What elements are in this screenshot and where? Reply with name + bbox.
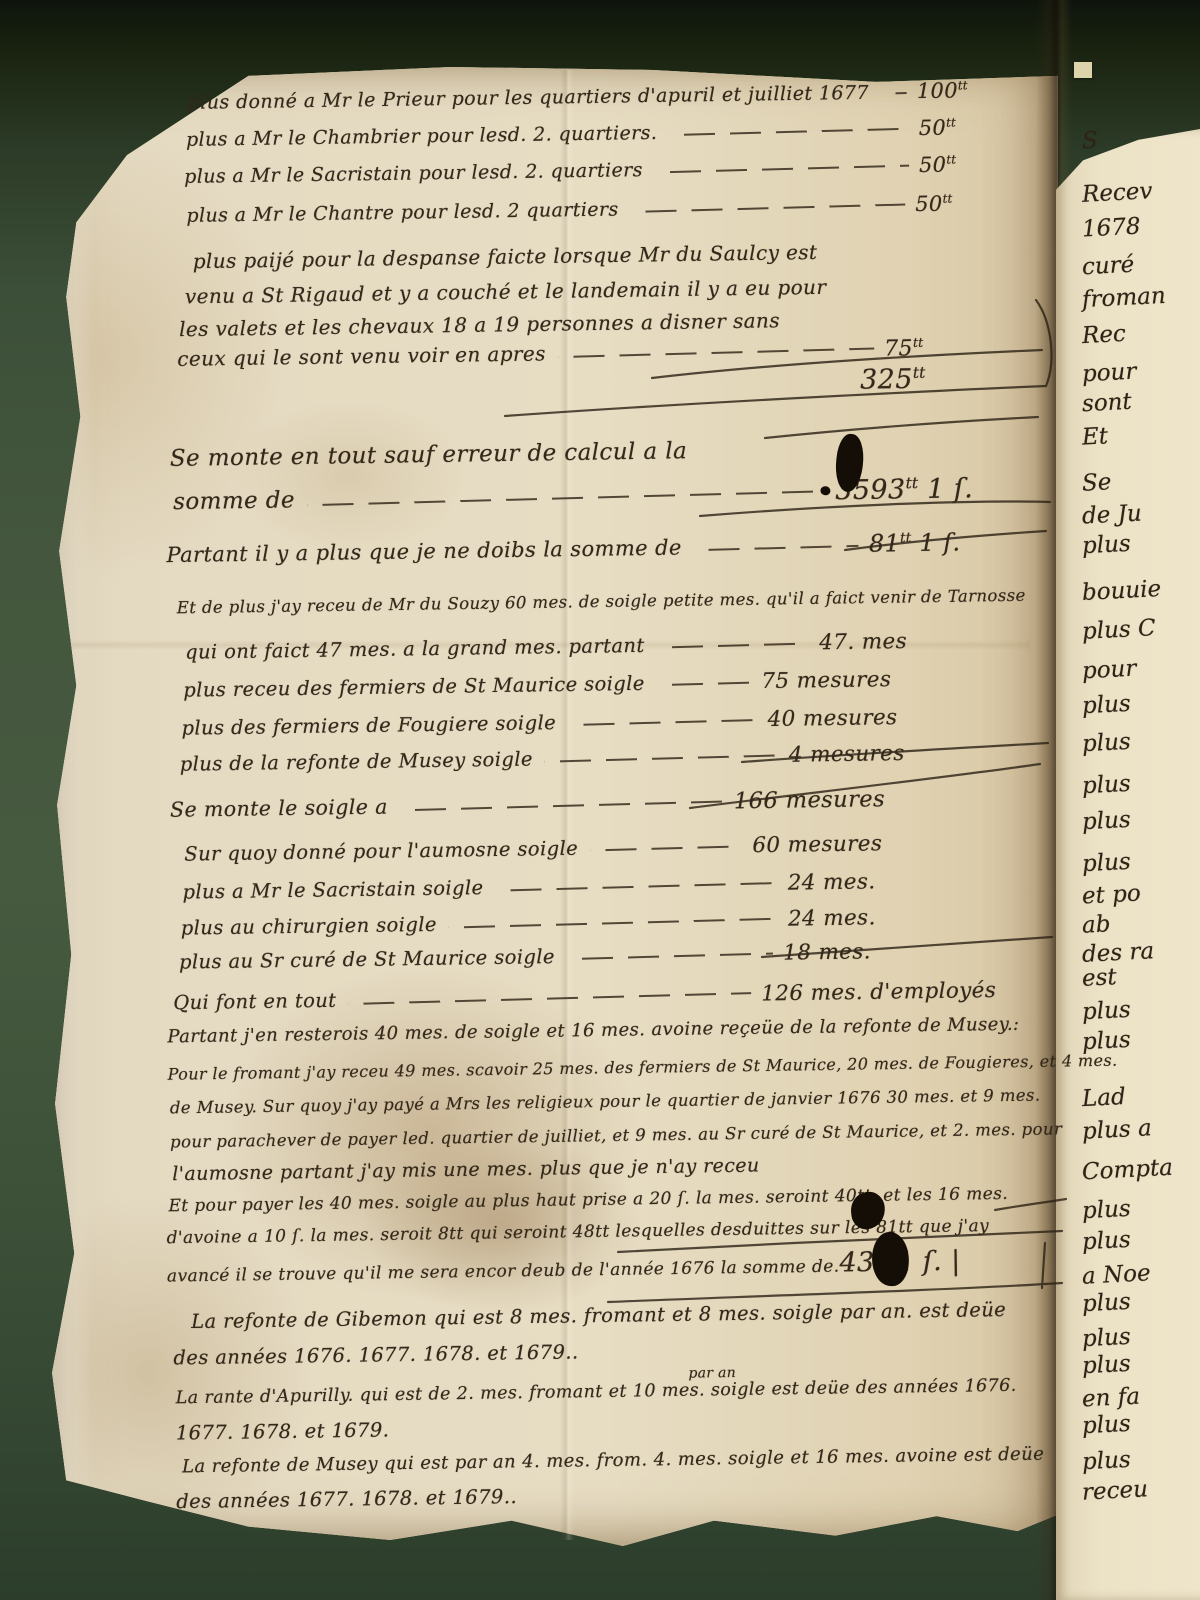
amount-value: 47. xyxy=(819,630,855,656)
amount-value: 75 xyxy=(884,336,913,361)
line-text: 1677. 1678. et 1679. xyxy=(176,1418,390,1444)
amount-value: 24 xyxy=(788,906,816,931)
amount-value: 50 xyxy=(919,153,947,177)
facing-page-text-fragment: Compta xyxy=(1081,1155,1173,1186)
amount: 325tt xyxy=(860,363,926,396)
facing-page-text-fragment: plus xyxy=(1081,729,1131,758)
facing-page-text-fragment: Rec xyxy=(1081,321,1126,349)
line-text: pour parachever de payer led. quartier d… xyxy=(170,1119,1062,1151)
line-text: des années 1677. 1678. et 1679.. xyxy=(176,1485,517,1513)
line-text: qui ont faict 47 mes. a la grand mes. pa… xyxy=(185,634,645,664)
facing-page-text-fragment: plus xyxy=(1081,1196,1131,1225)
manuscript-line: plus au chirurgien soigle24 mes. xyxy=(181,905,876,940)
line-text: Qui font en tout xyxy=(173,989,337,1014)
line-text: venu a St Rigaud et y a couché et le lan… xyxy=(185,275,827,309)
facing-page-text-fragment: curé xyxy=(1081,252,1135,281)
livre-unit: tt xyxy=(946,152,956,166)
amount: 166 mesures xyxy=(734,786,885,814)
facing-page-text-fragment: Et xyxy=(1081,423,1108,450)
dash-leader xyxy=(567,946,774,965)
line-text: Partant il y a plus que je ne doibs la s… xyxy=(166,535,682,567)
manuscript-line: plus donné a Mr le Prieur pour les quart… xyxy=(188,78,958,113)
amount-tail: mesures xyxy=(803,741,905,768)
manuscript-line: plus a Mr le Sacristain soigle24 mes. xyxy=(182,869,875,904)
manuscript-line: Qui font en tout126 mes. d'employés xyxy=(173,978,996,1015)
facing-page-text-fragment: 1678 xyxy=(1081,213,1141,242)
facing-page-text-fragment: Se xyxy=(1081,469,1112,497)
amount-tail: mesures xyxy=(789,667,891,694)
line-text: plus receu des fermiers de St Maurice so… xyxy=(183,672,645,702)
line-text: des années 1676. 1677. 1678. et 1679.. xyxy=(173,1340,578,1369)
livre-unit: tt xyxy=(958,78,968,92)
facing-page-text-fragment: de Ju xyxy=(1081,500,1142,529)
line-text: plus a Mr le Sacristain pour lesd. 2. qu… xyxy=(184,159,643,188)
facing-page-text-fragment: plus xyxy=(1081,1324,1131,1353)
amount-value: 100 xyxy=(917,78,958,103)
amount-value: 60 xyxy=(752,833,780,858)
amount: 4 mesures xyxy=(789,741,905,768)
manuscript-line: Se monte le soigle a166 mesures xyxy=(170,786,885,823)
line-text: Sur quoy donné pour l'aumosne soigle xyxy=(184,837,578,866)
facing-page-text-fragment: Lad xyxy=(1081,1084,1126,1112)
amount-value: 43 xyxy=(839,1247,875,1279)
facing-page-text-fragment: plus xyxy=(1081,1351,1131,1380)
dash-leader xyxy=(449,911,778,933)
manuscript-text-layer: plus donné a Mr le Prieur pour les quart… xyxy=(0,0,1200,1600)
line-text: plus de la refonte de Musey soigle xyxy=(180,747,533,775)
facing-page-text-fragment: sont xyxy=(1081,389,1132,418)
dash-leader xyxy=(545,747,779,766)
dash-leader xyxy=(568,712,758,730)
amount: 126 mes. d'employés xyxy=(761,978,996,1006)
livre-unit: tt xyxy=(913,336,923,351)
line-text: plus a Mr le Chambrier pour lesd. 2. qua… xyxy=(186,122,658,151)
line-text: Se monte le soigle a xyxy=(170,795,388,822)
amount-tail: mes. xyxy=(816,869,876,895)
line-text: La refonte de Gibemon qui est 8 mes. fro… xyxy=(191,1298,1006,1333)
dash-leader xyxy=(495,875,778,896)
amount-tail: mesures xyxy=(778,786,885,814)
line-text: somme de xyxy=(173,487,295,515)
line-text: plus des fermiers de Fougiere soigle xyxy=(181,711,556,740)
table-surface: plus donné a Mr le Prieur pour les quart… xyxy=(0,0,1200,1600)
amount: 47. mes xyxy=(819,629,907,655)
amount-tail: mes xyxy=(854,629,907,655)
manuscript-line: La refonte de Gibemon qui est 8 mes. fro… xyxy=(191,1298,1006,1333)
livre-unit: tt xyxy=(946,115,956,129)
facing-page-text-fragment: plus xyxy=(1081,1027,1131,1056)
facing-page-text-fragment: bouuie xyxy=(1081,576,1161,606)
amount: 81tt 1 ſ. xyxy=(869,528,961,557)
amount: 18 mes. xyxy=(783,939,871,965)
manuscript-line: La refonte de Musey qui est par an 4. me… xyxy=(182,1444,1044,1478)
facing-page-text-fragment: plus xyxy=(1081,1227,1131,1256)
manuscript-line: qui ont faict 47 mes. a la grand mes. pa… xyxy=(185,629,907,665)
facing-page-text-fragment: plus xyxy=(1081,1289,1131,1318)
amount: 50tt xyxy=(915,191,952,216)
livre-unit: tt xyxy=(905,473,918,492)
facing-page-text-fragment: plus C xyxy=(1081,615,1156,645)
facing-page-text-fragment: plus xyxy=(1081,849,1131,878)
line-text: ceux qui le sont venu voir en apres xyxy=(177,342,546,371)
manuscript-line: Sur quoy donné pour l'aumosne soigle60 m… xyxy=(184,831,882,866)
manuscript-line: plus de la refonte de Musey soigle4 mesu… xyxy=(180,741,905,777)
facing-page-text-fragment: en fa xyxy=(1081,1384,1140,1413)
amount-value: 325 xyxy=(860,364,913,396)
line-text: plus a Mr le Sacristain soigle xyxy=(182,876,483,903)
livre-unit: tt xyxy=(900,530,911,546)
dash-leader xyxy=(656,635,809,652)
dash-leader xyxy=(669,121,909,140)
line-text: Pour le fromant j'ay receu 49 mes. scavo… xyxy=(168,1051,1118,1084)
dash-leader xyxy=(307,483,826,510)
dash-leader xyxy=(400,794,724,816)
amount-value: 166 xyxy=(734,788,779,815)
manuscript-line: Se monte en tout sauf erreur de calcul a… xyxy=(170,438,688,472)
livre-unit: tt xyxy=(942,192,952,206)
facing-page-text-fragment: plus xyxy=(1081,1411,1131,1440)
manuscript-line: Partant il y a plus que je ne doibs la s… xyxy=(166,528,960,568)
amount-tail: 1 ſ. xyxy=(918,473,973,505)
dash-leader xyxy=(655,158,910,178)
manuscript-line: 325tt xyxy=(617,363,925,400)
amount-value: 24 xyxy=(788,870,816,895)
facing-page-text-fragment: receu xyxy=(1081,1476,1148,1505)
amount: 60 mesures xyxy=(752,831,882,858)
line-text: Et de plus j'ay receu de Mr du Souzy 60 … xyxy=(177,586,1026,618)
amount: 24 mes. xyxy=(788,905,876,931)
manuscript-line: 1677. 1678. et 1679. xyxy=(176,1418,390,1444)
manuscript-line: avancé il se trouve qu'il me sera encor … xyxy=(167,1243,1055,1288)
dash-leader xyxy=(590,838,743,855)
facing-page-text-fragment: plus xyxy=(1081,531,1131,560)
line-text: de Musey. Sur quoy j'ay payé a Mrs les r… xyxy=(170,1086,1041,1118)
amount-value: 50 xyxy=(919,116,947,140)
manuscript-line: plus a Mr le Chambrier pour lesd. 2. qua… xyxy=(186,115,956,150)
manuscript-line: de Musey. Sur quoy j'ay payé a Mrs les r… xyxy=(170,1086,1041,1118)
facing-page-text-fragment: plus xyxy=(1081,771,1131,800)
amount-tail: mes. xyxy=(811,939,871,965)
amount-tail: mes. d'employés xyxy=(803,978,996,1006)
amount-tail: mesures xyxy=(796,705,898,732)
dash-leader xyxy=(881,85,907,99)
facing-page-text-fragment: pour xyxy=(1081,359,1137,388)
dash-leader xyxy=(657,675,752,691)
line-text: La rante d'Apurilly. qui est de 2. mes. … xyxy=(176,1376,1017,1408)
facing-page-text-fragment: S xyxy=(1081,128,1098,155)
interlinear-insert: par an xyxy=(688,1365,736,1382)
manuscript-line: plus a Mr le Chantre pour lesd. 2 quarti… xyxy=(186,191,952,226)
amount-value: 75 xyxy=(761,669,789,694)
amount-value: 40 xyxy=(767,707,795,732)
line-text: plus donné a Mr le Prieur pour les quart… xyxy=(188,82,869,114)
amount: 75 mesures xyxy=(761,667,891,694)
manuscript-line: les valets et les chevaux 18 a 19 person… xyxy=(179,308,780,341)
manuscript-line: Pour le fromant j'ay receu 49 mes. scavo… xyxy=(168,1051,1118,1084)
manuscript-line: plus au Sr curé de St Maurice soigle18 m… xyxy=(179,939,871,974)
line-text: l'aumosne partant j'ay mis une mes. plus… xyxy=(172,1154,760,1185)
manuscript-line: plus receu des fermiers de St Maurice so… xyxy=(183,667,891,703)
facing-page-text-fragment: pour xyxy=(1081,656,1137,685)
line-text: plus au Sr curé de St Maurice soigle xyxy=(179,945,555,974)
line-text: les valets et les chevaux 18 a 19 person… xyxy=(179,308,780,341)
line-text: Se monte en tout sauf erreur de calcul a… xyxy=(170,438,688,472)
line-text: plus a Mr le Chantre pour lesd. 2 quarti… xyxy=(186,198,618,226)
facing-page-text-fragment: plus xyxy=(1081,1447,1131,1476)
manuscript-line: Et de plus j'ay receu de Mr du Souzy 60 … xyxy=(177,586,1026,618)
amount: 50tt xyxy=(919,115,956,140)
facing-page-text-fragment: plus xyxy=(1081,691,1131,720)
facing-page-text-fragment: ab xyxy=(1081,911,1111,938)
manuscript-line: La rante d'Apurilly. qui est de 2. mes. … xyxy=(176,1376,1017,1408)
line-text: Partant j'en resterois 40 mes. de soigle… xyxy=(167,1014,1019,1048)
amount-tail: 1 ſ. xyxy=(911,528,960,557)
amount-value: 126 xyxy=(761,981,803,1007)
amount: 75tt xyxy=(884,336,923,362)
dash-leader xyxy=(558,341,875,363)
facing-page-text-fragment: est xyxy=(1081,964,1117,992)
line-text: La refonte de Musey qui est par an 4. me… xyxy=(182,1444,1044,1478)
facing-page-text-fragment: plus xyxy=(1081,807,1131,836)
manuscript-line: des années 1677. 1678. et 1679.. xyxy=(176,1485,517,1513)
manuscript-line: plus des fermiers de Fougiere soigle40 m… xyxy=(181,705,897,741)
dash-leader xyxy=(694,538,859,555)
manuscript-line: l'aumosne partant j'ay mis une mes. plus… xyxy=(172,1154,760,1185)
amount: 40 mesures xyxy=(767,705,897,732)
amount-tail: mes. xyxy=(816,905,876,931)
amount-tail: mesures xyxy=(780,831,882,858)
facing-page-text-fragment: plus a xyxy=(1081,1115,1152,1145)
manuscript-line: venu a St Rigaud et y a couché et le lan… xyxy=(185,275,827,309)
amount-value: 81 xyxy=(869,529,901,557)
manuscript-line: plus a Mr le Sacristain pour lesd. 2. qu… xyxy=(184,152,956,187)
line-text: plus au chirurgien soigle xyxy=(181,913,437,940)
amount: 24 mes. xyxy=(788,869,876,895)
facing-page-text-fragment: plus xyxy=(1081,997,1131,1026)
livre-unit: tt xyxy=(913,363,926,382)
facing-page-text-fragment: Recev xyxy=(1081,178,1153,208)
facing-page-text-fragment: a Noe xyxy=(1081,1260,1151,1290)
facing-page-text-fragment: des ra xyxy=(1081,938,1154,968)
amount: 50tt xyxy=(919,152,956,177)
line-text: plus paijé pour la despanse faicte lorsq… xyxy=(193,240,818,273)
manuscript-line: pour parachever de payer led. quartier d… xyxy=(170,1119,1062,1151)
facing-page-text-fragment: froman xyxy=(1081,283,1166,313)
dash-leader xyxy=(630,197,905,217)
amount: 100tt xyxy=(917,78,968,103)
dash-leader xyxy=(348,985,751,1009)
manuscript-line: Partant j'en resterois 40 mes. de soigle… xyxy=(167,1014,1019,1048)
amount-value: 18 xyxy=(783,940,811,965)
facing-page-text-fragment: et po xyxy=(1081,880,1141,909)
amount-value: 4 xyxy=(789,742,803,767)
amount-value: 50 xyxy=(915,192,943,216)
manuscript-line: plus paijé pour la despanse faicte lorsq… xyxy=(193,240,818,273)
manuscript-line: des années 1676. 1677. 1678. et 1679.. xyxy=(173,1340,578,1369)
line-text: avancé il se trouve qu'il me sera encor … xyxy=(167,1257,840,1287)
